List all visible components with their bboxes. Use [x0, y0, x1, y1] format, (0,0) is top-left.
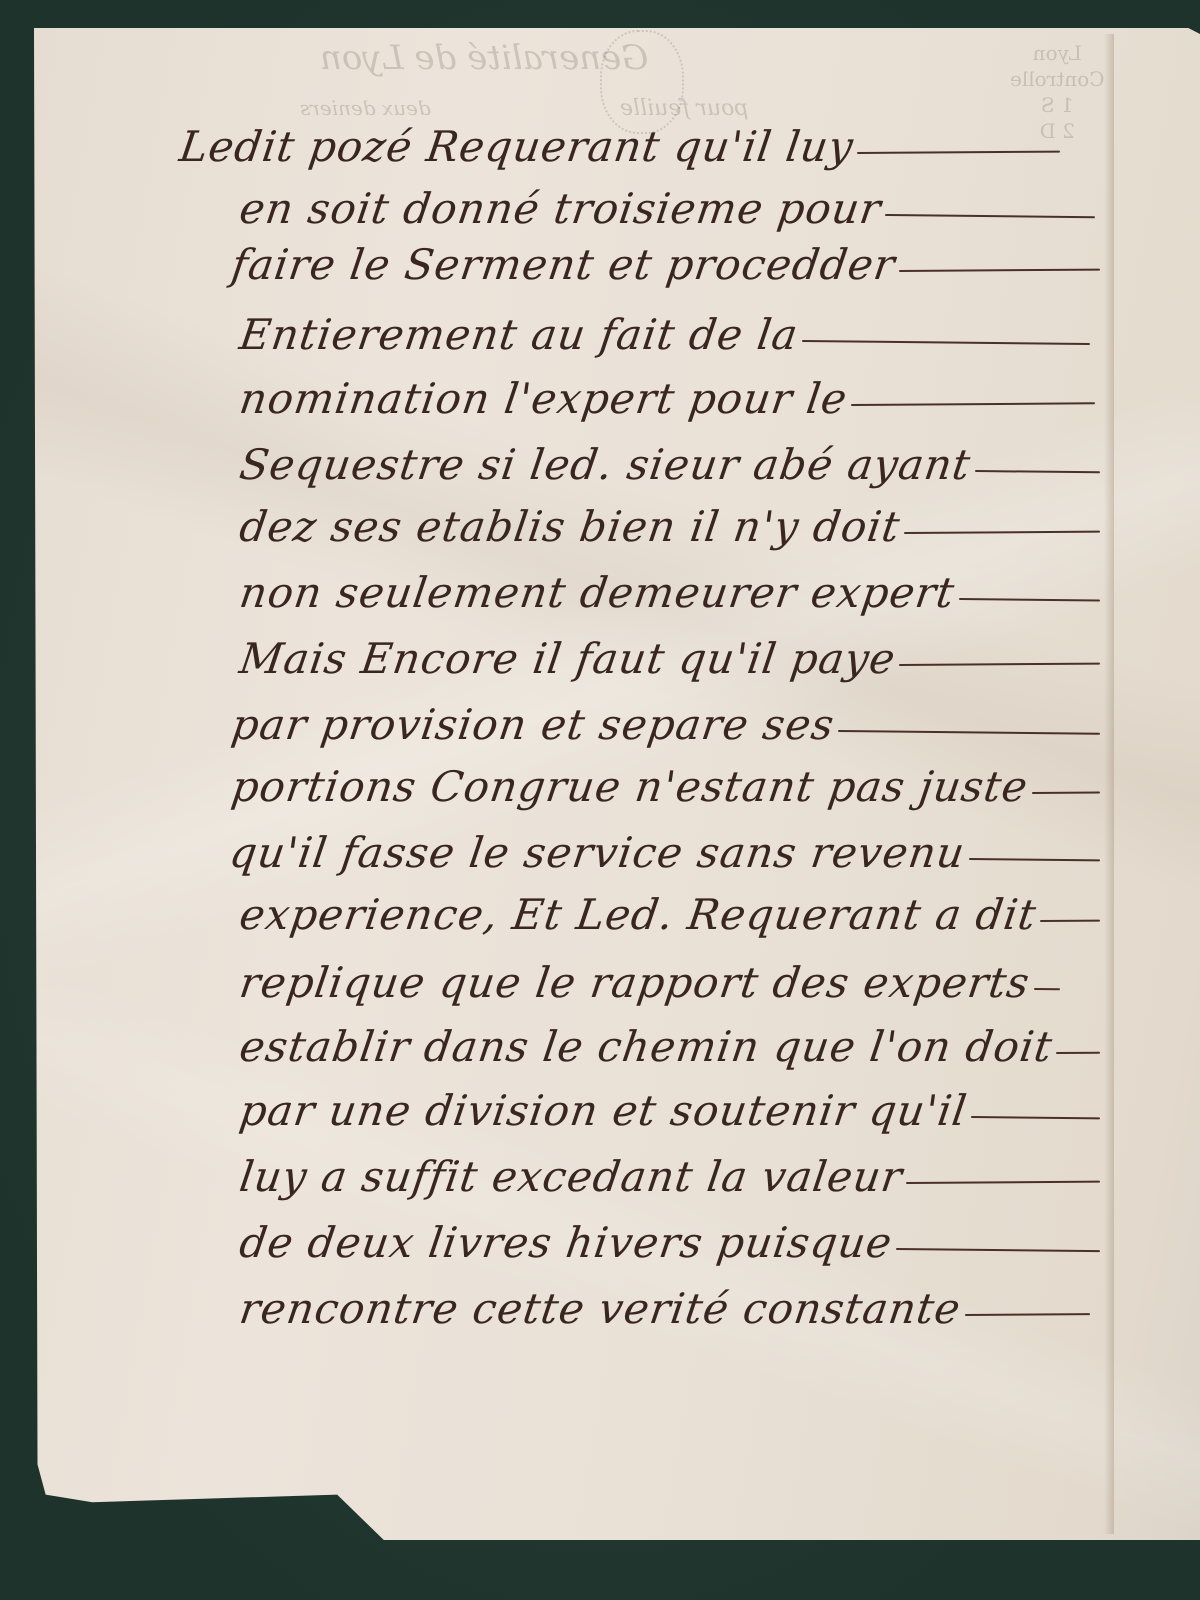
line-end-flourish — [838, 730, 1100, 735]
handwritten-line: Sequestre si led. sieur abé ayant — [240, 444, 971, 486]
handwritten-line: par une division et soutenir qu'il — [240, 1090, 967, 1132]
handwritten-line: luy a suffit excedant la valeur — [240, 1156, 902, 1198]
line-end-flourish — [885, 214, 1095, 218]
handwritten-line-text: Sequestre si led. sieur abé ayant — [237, 444, 973, 486]
handwritten-line-text: en soit donné troisieme pour — [237, 188, 884, 230]
handwritten-line: replique que le rapport des experts — [240, 962, 1030, 1004]
handwritten-line: Mais Encore il faut qu'il paye — [240, 638, 895, 680]
handwritten-line-text: establir dans le chemin que l'on doit — [237, 1026, 1055, 1068]
handwritten-line: establir dans le chemin que l'on doit — [240, 1026, 1052, 1068]
line-end-flourish — [899, 663, 1100, 666]
handwritten-line-text: Ledit pozé Requerant qu'il luy — [177, 126, 856, 168]
handwritten-text-block: Ledit pozé Requerant qu'il luyen soit do… — [0, 0, 1200, 1600]
handwritten-line: faire le Serment et procedder — [232, 244, 895, 286]
line-end-flourish — [896, 1248, 1100, 1252]
handwritten-line: rencontre cette verité constante — [240, 1288, 961, 1330]
handwritten-line: portions Congrue n'estant pas juste — [232, 766, 1028, 808]
line-end-flourish — [851, 402, 1095, 406]
handwritten-line: qu'il fasse le service sans revenu — [230, 832, 965, 874]
handwritten-line: non seulement demeurer expert — [240, 572, 955, 614]
line-end-flourish — [1056, 1052, 1100, 1054]
line-end-flourish — [965, 1313, 1090, 1316]
handwritten-line-text: dez ses etablis bien il n'y doit — [237, 506, 903, 548]
handwritten-line-text: replique que le rapport des experts — [237, 962, 1032, 1004]
handwritten-line-text: portions Congrue n'estant pas juste — [229, 766, 1031, 808]
handwritten-line-text: Mais Encore il faut qu'il paye — [237, 638, 898, 680]
handwritten-line: dez ses etablis bien il n'y doit — [240, 506, 900, 548]
line-end-flourish — [959, 598, 1100, 601]
handwritten-line-text: par une division et soutenir qu'il — [237, 1090, 970, 1132]
handwritten-line-text: nomination l'expert pour le — [237, 378, 850, 420]
handwritten-line-text: de deux livres hivers puisque — [237, 1222, 895, 1264]
handwritten-line-text: Entierement au fait de la — [237, 314, 801, 356]
handwritten-line: experience, Et Led. Requerant a dit — [240, 894, 1036, 936]
line-end-flourish — [802, 340, 1090, 345]
handwritten-line: en soit donné troisieme pour — [240, 188, 881, 230]
handwritten-line: Entierement au fait de la — [240, 314, 798, 356]
handwritten-line: nomination l'expert pour le — [240, 378, 847, 420]
line-end-flourish — [899, 269, 1100, 272]
handwritten-line-text: luy a suffit excedant la valeur — [237, 1156, 905, 1198]
handwritten-line-text: rencontre cette verité constante — [237, 1288, 964, 1330]
line-end-flourish — [904, 531, 1100, 534]
handwritten-line: Ledit pozé Requerant qu'il luy — [180, 126, 853, 168]
line-end-flourish — [906, 1181, 1100, 1184]
line-end-flourish — [1034, 988, 1060, 990]
line-end-flourish — [1040, 920, 1100, 922]
handwritten-line-text: par provision et separe ses — [229, 704, 837, 746]
line-end-flourish — [857, 151, 1060, 154]
handwritten-line-text: experience, Et Led. Requerant a dit — [237, 894, 1039, 936]
handwritten-line-text: faire le Serment et procedder — [229, 244, 898, 286]
line-end-flourish — [1032, 792, 1100, 794]
handwritten-line-text: qu'il fasse le service sans revenu — [227, 832, 968, 874]
handwritten-line: par provision et separe ses — [232, 704, 834, 746]
line-end-flourish — [975, 470, 1100, 473]
line-end-flourish — [969, 858, 1100, 861]
line-end-flourish — [971, 1116, 1100, 1119]
handwritten-line: de deux livres hivers puisque — [240, 1222, 892, 1264]
handwritten-line-text: non seulement demeurer expert — [237, 572, 957, 614]
